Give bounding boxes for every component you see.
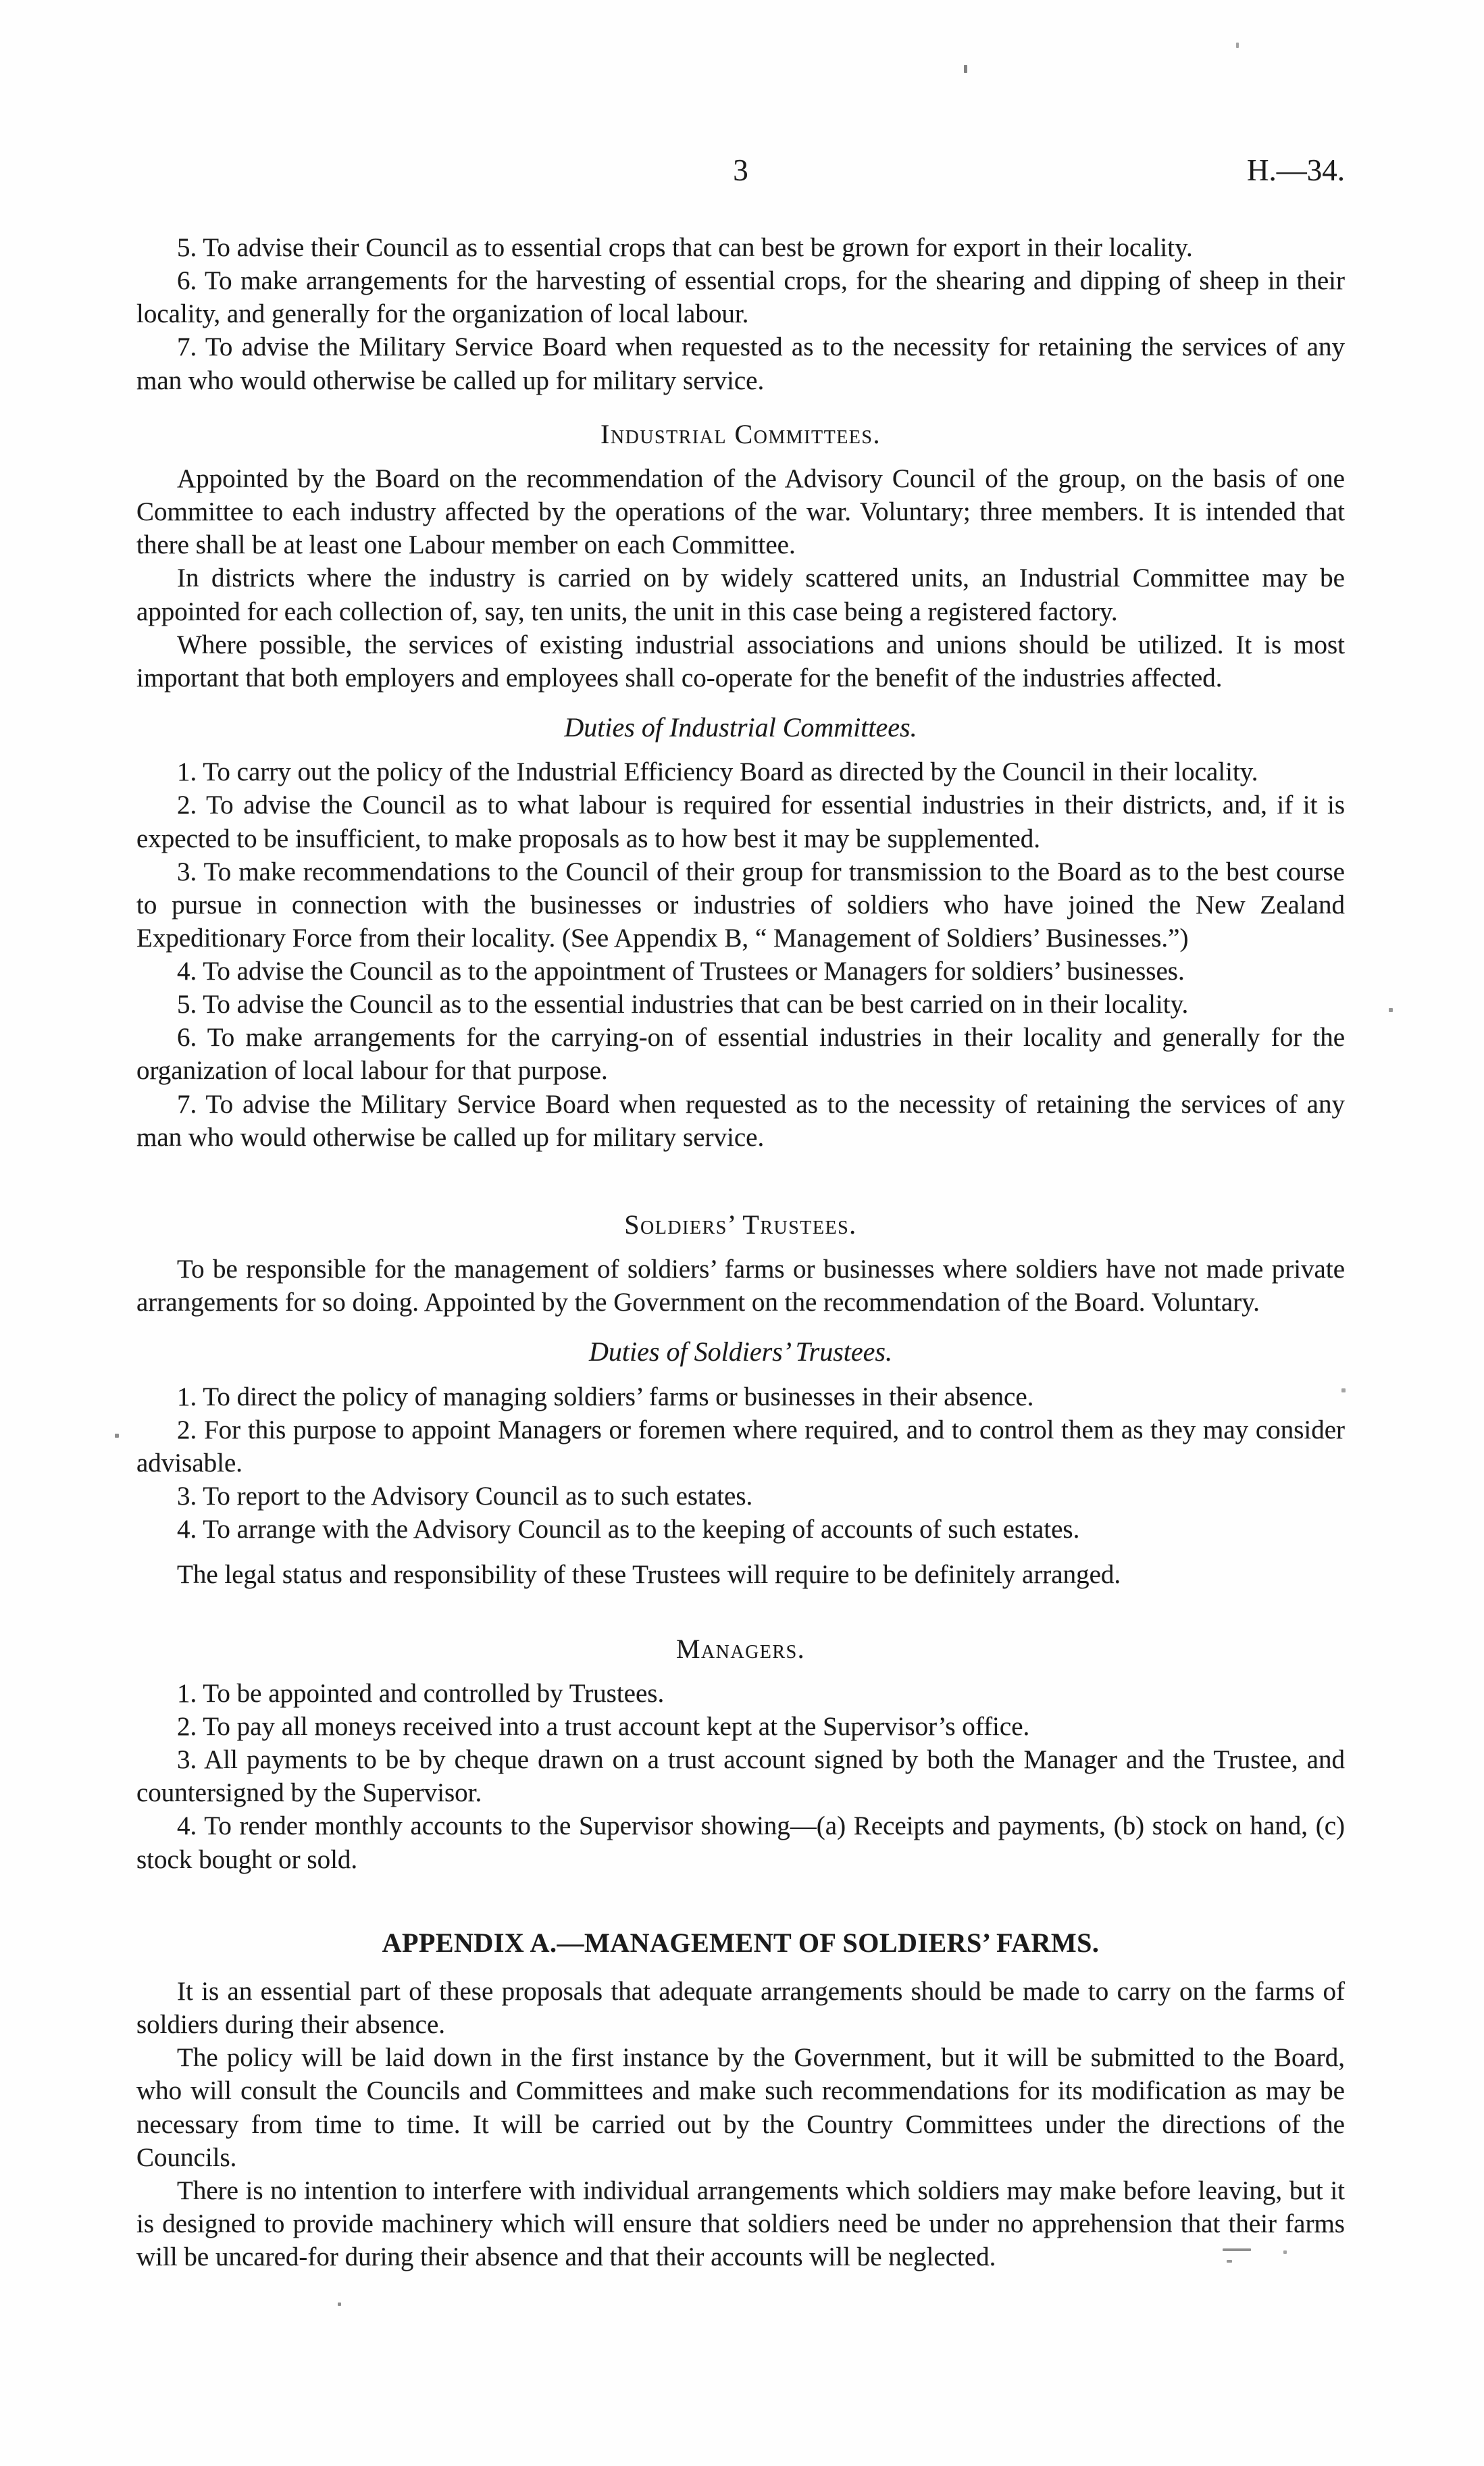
scan-speck — [115, 1434, 119, 1438]
scanned-document-page: 3 H.—34. 5. To advise their Council as t… — [0, 0, 1484, 2466]
scan-speck — [964, 65, 967, 73]
page-content: 3 H.—34. 5. To advise their Council as t… — [136, 153, 1345, 2273]
paragraph: Where possible, the services of existing… — [136, 628, 1345, 695]
list-paragraph: 4. To arrange with the Advisory Council … — [136, 1513, 1345, 1546]
paragraph: To be responsible for the management of … — [136, 1253, 1345, 1319]
managers-heading: Managers. — [136, 1632, 1345, 1666]
paragraph: The legal status and responsibility of t… — [136, 1558, 1345, 1591]
page-number: 3 — [733, 153, 748, 188]
scan-speck — [1236, 43, 1239, 48]
paragraph: In districts where the industry is carri… — [136, 561, 1345, 628]
section-appendix-a: APPENDIX A.—MANAGEMENT OF SOLDIERS’ FARM… — [136, 1926, 1345, 2274]
list-paragraph: 6. To make arrangements for the carrying… — [136, 1021, 1345, 1087]
section-industrial-committees: Industrial Committees. Appointed by the … — [136, 418, 1345, 695]
list-paragraph: 4. To render monthly accounts to the Sup… — [136, 1809, 1345, 1876]
list-paragraph: 2. For this purpose to appoint Managers … — [136, 1413, 1345, 1480]
paragraph: There is no intention to interfere with … — [136, 2174, 1345, 2273]
soldiers-trustees-heading: Soldiers’ Trustees. — [136, 1208, 1345, 1242]
page-header: 3 H.—34. — [136, 153, 1345, 188]
list-paragraph: 1. To carry out the policy of the Indust… — [136, 755, 1345, 788]
scan-speck — [338, 2303, 341, 2306]
scan-speck — [1389, 1008, 1393, 1012]
paragraph: The policy will be laid down in the firs… — [136, 2041, 1345, 2174]
list-paragraph: 2. To advise the Council as to what labo… — [136, 788, 1345, 855]
duties-industrial-heading: Duties of Industrial Committees. — [136, 711, 1345, 745]
list-paragraph: 5. To advise the Council as to the essen… — [136, 988, 1345, 1021]
duties-trustees-heading: Duties of Soldiers’ Trustees. — [136, 1335, 1345, 1369]
paragraph: It is an essential part of these proposa… — [136, 1975, 1345, 2041]
list-paragraph: 4. To advise the Council as to the appoi… — [136, 955, 1345, 988]
list-paragraph: 3. To make recommendations to the Counci… — [136, 855, 1345, 955]
paragraph: Appointed by the Board on the recommenda… — [136, 462, 1345, 561]
list-paragraph: 5. To advise their Council as to essenti… — [136, 231, 1345, 264]
section-duties-of-soldiers-trustees: Duties of Soldiers’ Trustees. 1. To dire… — [136, 1335, 1345, 1591]
list-paragraph: 7. To advise the Military Service Board … — [136, 1088, 1345, 1154]
list-paragraph: 6. To make arrangements for the harvesti… — [136, 264, 1345, 330]
list-paragraph: 2. To pay all moneys received into a tru… — [136, 1710, 1345, 1743]
section-soldiers-trustees: Soldiers’ Trustees. To be responsible fo… — [136, 1208, 1345, 1319]
industrial-committees-heading: Industrial Committees. — [136, 418, 1345, 451]
document-reference: H.—34. — [1247, 153, 1345, 188]
list-paragraph: 7. To advise the Military Service Board … — [136, 330, 1345, 397]
list-paragraph: 3. All payments to be by cheque drawn on… — [136, 1743, 1345, 1809]
list-paragraph: 1. To direct the policy of managing sold… — [136, 1380, 1345, 1413]
list-paragraph: 1. To be appointed and controlled by Tru… — [136, 1677, 1345, 1710]
list-paragraph: 3. To report to the Advisory Council as … — [136, 1480, 1345, 1513]
section-duties-of-industrial-committees: Duties of Industrial Committees. 1. To c… — [136, 711, 1345, 1154]
section-managers: Managers. 1. To be appointed and control… — [136, 1632, 1345, 1876]
appendix-a-heading: APPENDIX A.—MANAGEMENT OF SOLDIERS’ FARM… — [136, 1926, 1345, 1960]
document-body: 5. To advise their Council as to essenti… — [136, 231, 1345, 2273]
